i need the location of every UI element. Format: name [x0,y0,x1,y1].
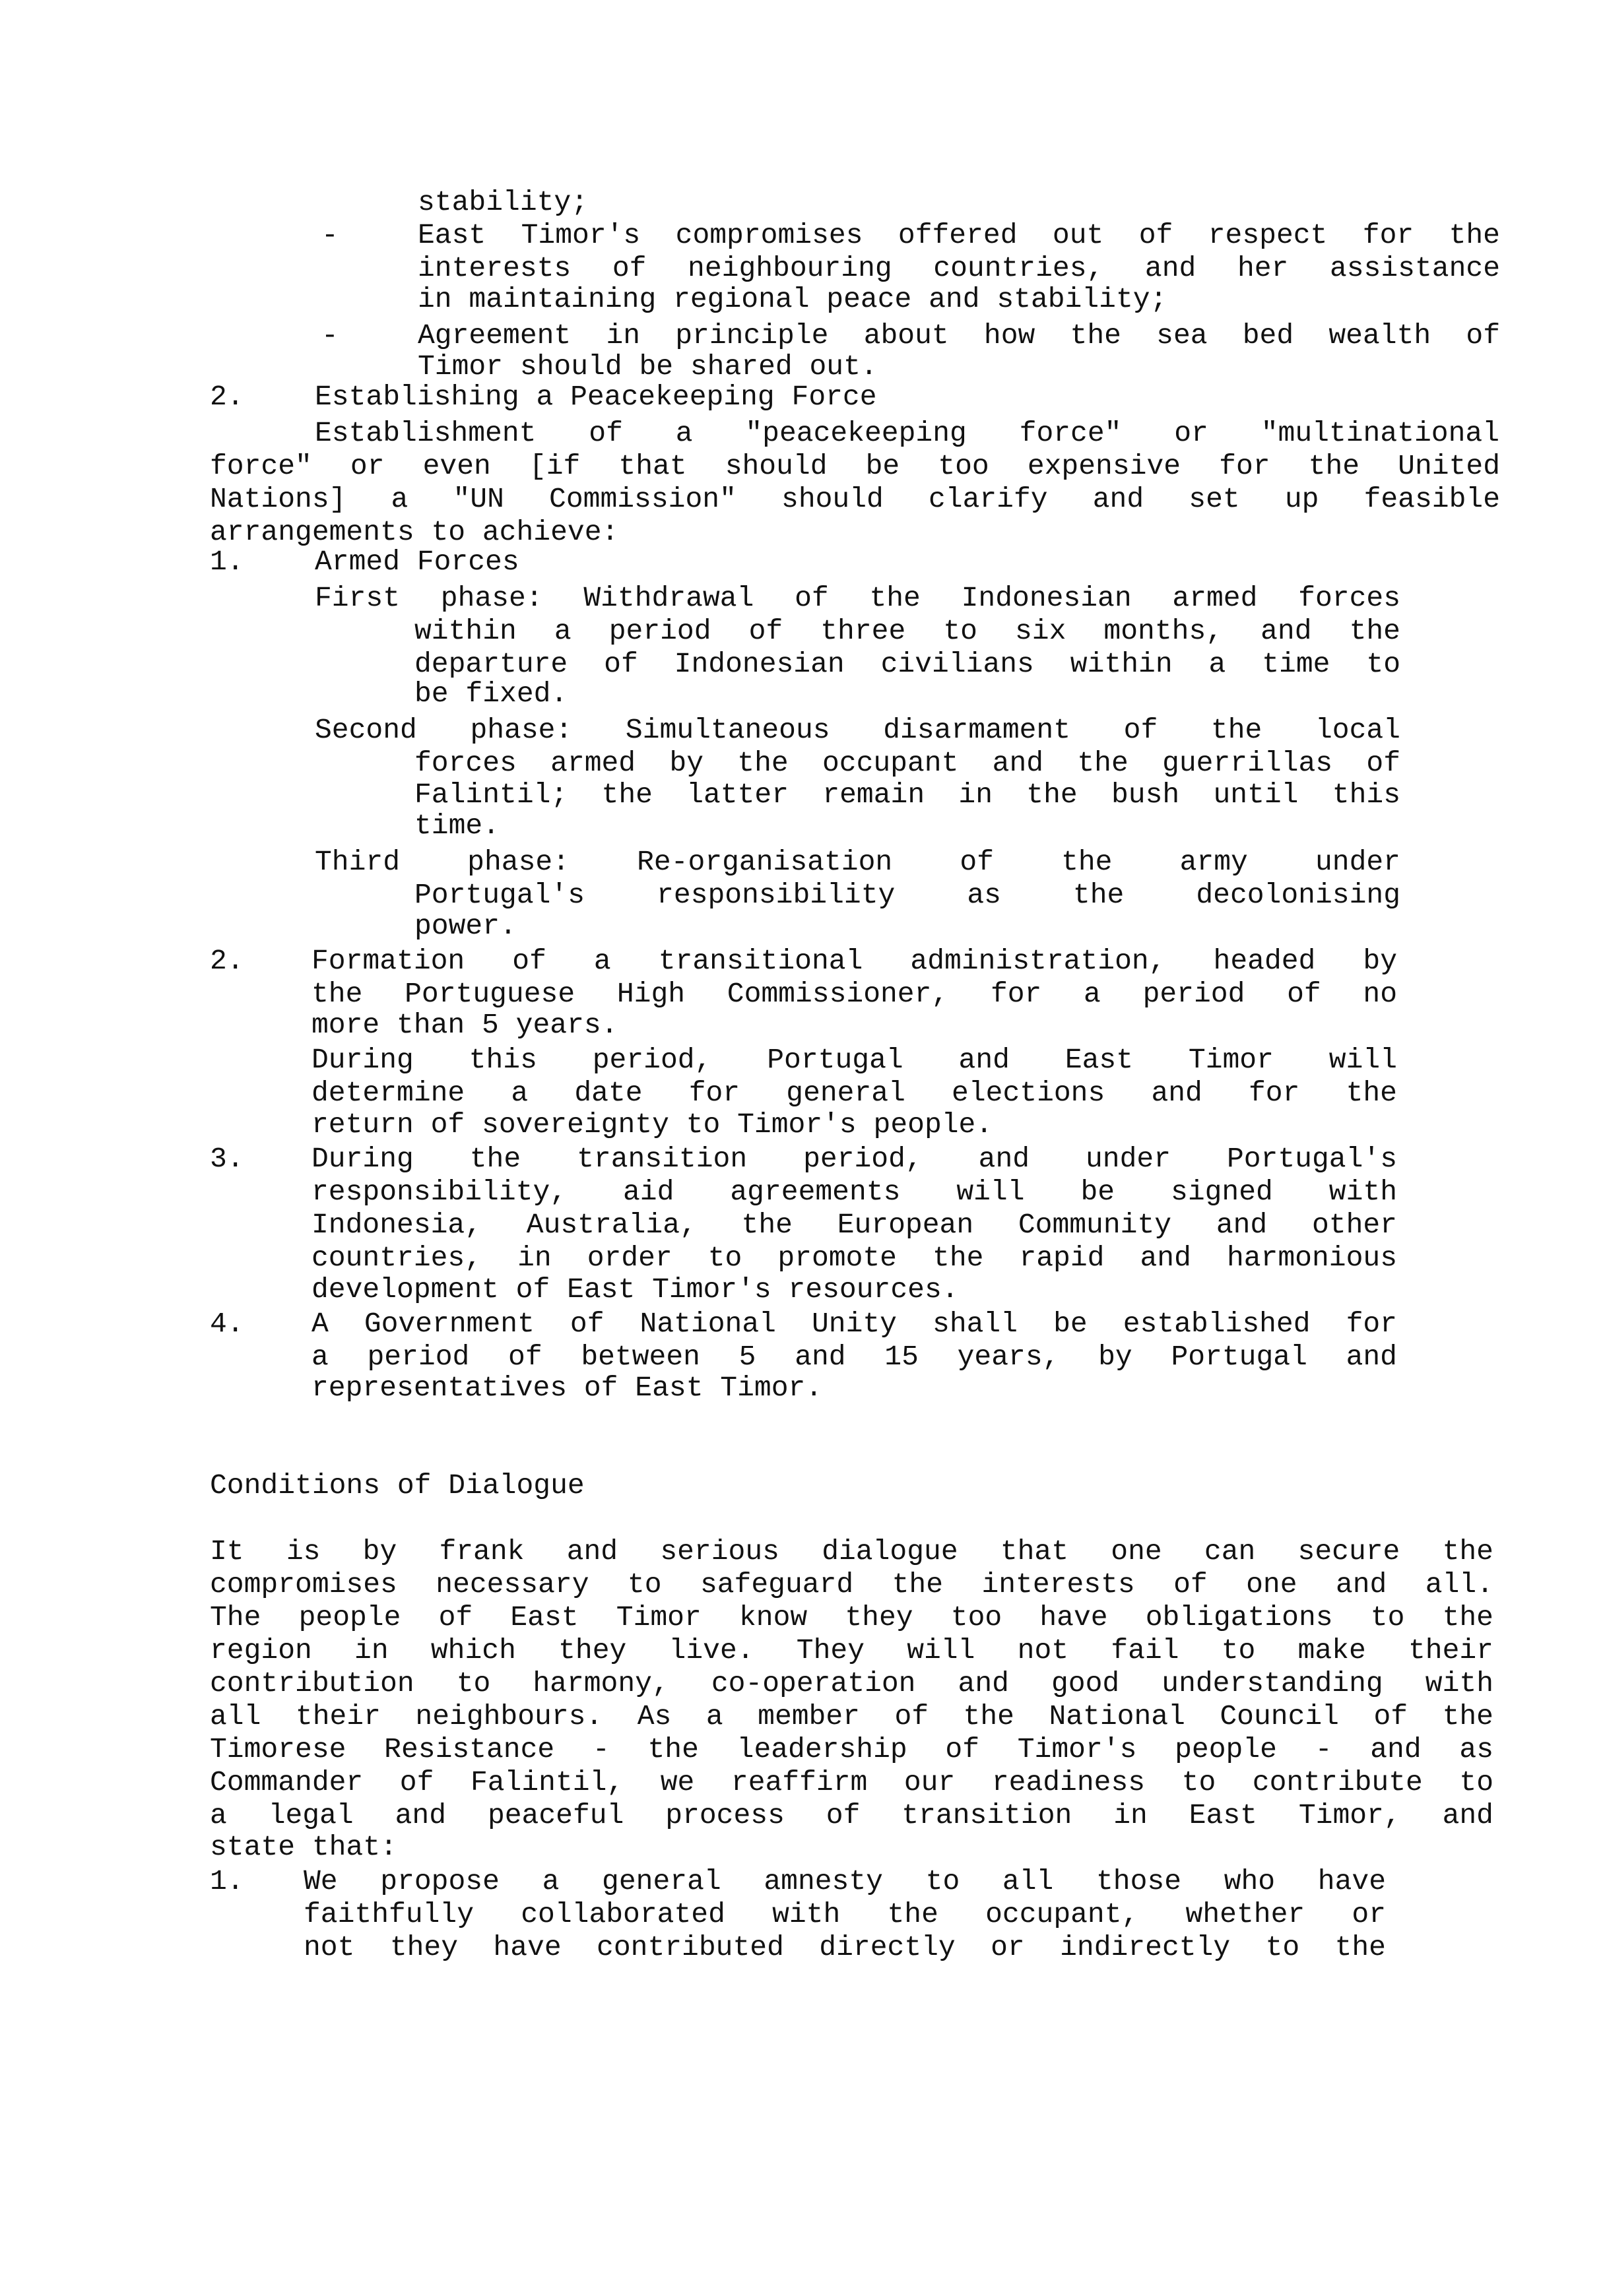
text-line: Establishmentofa"peacekeepingforce"or"mu… [315,419,1499,449]
word: to [1366,650,1400,678]
text-line: Agreementinprincipleabouthowtheseabedwea… [418,321,1500,352]
text-line: EastTimor'scompromisesofferedoutofrespec… [418,221,1500,251]
word: European [837,1211,973,1239]
word: and [567,1537,618,1566]
text-line: nottheyhavecontributeddirectlyorindirect… [304,1933,1386,1963]
word: leadership [737,1735,907,1764]
text-line: alegalandpeacefulprocessoftransitioninEa… [210,1801,1493,1832]
text-line: be fixed. [414,680,568,710]
word: of [1466,321,1500,350]
word: too [938,452,989,480]
word: of [749,617,783,645]
word: decolonising [1196,881,1400,909]
word: the [1335,1933,1386,1961]
word: interests [981,1570,1134,1599]
word: force" [210,452,312,480]
word: Falintil, [471,1768,624,1797]
word: of [589,419,623,447]
text-line: Nations]a"UNCommission"shouldclarifyands… [210,485,1500,515]
word: in [1113,1801,1148,1830]
text-line: regioninwhichtheylive.Theywillnotfailtom… [210,1636,1493,1667]
text-line: Firstphase:WithdrawaloftheIndonesianarme… [315,584,1400,614]
word: and [979,1145,1030,1173]
word: contributed [597,1933,784,1961]
word: and [395,1801,446,1830]
list-number: 1. [210,1867,244,1896]
word: the [647,1735,698,1764]
word: in [606,321,640,350]
word: principle [675,321,828,350]
word: transitional [659,947,863,975]
word: period [368,1343,470,1371]
word: National [1049,1702,1185,1731]
word: their [1408,1636,1493,1665]
word: frank [439,1537,524,1566]
word: the [888,1900,938,1929]
word: live. [669,1636,754,1665]
word: force" [1020,419,1122,447]
word: phase: [470,716,572,744]
word: They [797,1636,865,1665]
word: armed [550,749,636,777]
word: member [758,1702,860,1731]
word: contribute [1253,1768,1423,1797]
word: the [869,584,920,612]
word: about [864,321,949,350]
word: of [1124,716,1158,744]
word: and [1140,1244,1191,1272]
word: contribution [210,1669,414,1698]
text-line: Indonesia,Australia,theEuropeanCommunity… [311,1211,1397,1241]
word: Establishment [315,419,536,447]
word: be [1053,1310,1088,1338]
word: determine [311,1079,465,1107]
word: and [1443,1801,1493,1830]
word: Agreement [418,321,571,350]
word: wealth [1328,321,1431,350]
word: of [512,947,546,975]
word: A [311,1310,329,1338]
word: Indonesian [962,584,1132,612]
word: the [1449,221,1500,249]
word: of [826,1801,861,1830]
word: set [1189,485,1239,513]
word: of [570,1310,605,1338]
word: can [1204,1537,1255,1566]
word: Unity [812,1310,897,1338]
word: Resistance [384,1735,554,1764]
word: and [1261,617,1311,645]
word: a [1209,650,1226,678]
word: collaborated [521,1900,725,1929]
word: who [1224,1867,1275,1896]
word: East [418,221,486,249]
word: not [304,1933,354,1961]
word: to [628,1570,662,1599]
word: Indonesian [674,650,845,678]
word: by [669,749,704,777]
text-line: thePortugueseHighCommissioner,foraperiod… [311,980,1397,1010]
word: the [1211,716,1262,744]
word: or [1174,419,1208,447]
word: readiness [992,1768,1145,1797]
word: as [1459,1735,1493,1764]
word: and [1151,1079,1202,1107]
word: in [354,1636,389,1665]
text-line: Portugal'sresponsibilityasthedecolonisin… [414,881,1400,911]
word: 5 [739,1343,756,1371]
word: Portugal [1171,1343,1307,1371]
word: the [311,980,362,1008]
word: Portugal's [1227,1145,1397,1173]
word: "multinational [1261,419,1499,447]
word: the [1061,848,1112,876]
word: of [400,1768,434,1797]
text-line: forcesarmedbytheoccupantandtheguerrillas… [414,749,1400,779]
text-line: power. [414,912,517,942]
text-line: Armed Forces [315,548,519,578]
word: and [1145,254,1196,282]
word: agreements [730,1178,900,1206]
word: and [1336,1570,1387,1599]
word: not [1018,1636,1068,1665]
text-line: ThepeopleofEastTimorknowtheytoohaveoblig… [210,1603,1493,1634]
word: Commander [210,1768,363,1797]
word: harmonious [1227,1244,1397,1272]
word: serious [660,1537,779,1566]
word: in [517,1244,552,1272]
word: sea [1156,321,1207,350]
word: Formation [311,947,465,975]
word: is [286,1537,321,1566]
word: as [967,881,1001,909]
word: or [991,1933,1025,1961]
text-line: AGovernmentofNationalUnityshallbeestabli… [311,1310,1397,1340]
word: within [414,617,517,645]
text-line: representatives of East Timor. [311,1374,822,1404]
word: those [1096,1867,1181,1896]
word: neighbouring [688,254,892,282]
word: - [593,1735,610,1764]
word: neighbours. [415,1702,603,1731]
text-line: force"oreven[ifthatshouldbetooexpensivef… [210,452,1500,482]
word: and [958,1669,1009,1698]
text-line: contributiontoharmony,co-operationandgoo… [210,1669,1493,1700]
word: administration, [910,947,1165,975]
word: for [991,980,1041,1008]
word: her [1237,254,1288,282]
word: countries, [311,1244,482,1272]
word: a [706,1702,723,1731]
word: of [894,1702,929,1731]
word: Government [364,1310,535,1338]
word: and [1346,1343,1397,1371]
text-line: development of East Timor's resources. [311,1275,959,1306]
word: should [781,485,884,513]
word: all [1002,1867,1053,1896]
word: by [1098,1343,1132,1371]
word: a [311,1343,329,1371]
word: expensive [1028,452,1181,480]
word: It [210,1537,244,1566]
word: High [617,980,685,1008]
word: be [866,452,900,480]
word: respect [1208,221,1328,249]
text-line: Weproposeageneralamnestytoallthosewhohav… [304,1867,1386,1897]
word: of [1287,980,1321,1008]
word: Indonesia, [311,1211,482,1239]
word: the [1443,1603,1493,1632]
word: period [609,617,711,645]
word: and [1216,1211,1267,1239]
word: countries, [933,254,1103,282]
word: this [1332,781,1400,809]
word: to [1182,1768,1216,1797]
word: all [210,1702,261,1731]
text-line: compromisesnecessarytosafeguardtheintere… [210,1570,1493,1601]
word: one [1246,1570,1297,1599]
text-line: time. [414,812,500,842]
word: the [892,1570,943,1599]
word: by [1363,947,1397,975]
word: signed [1171,1178,1273,1206]
word: period [1143,980,1245,1008]
word: United [1398,452,1500,480]
word: the [933,1244,983,1272]
word: for [1219,452,1270,480]
word: local [1315,716,1400,744]
word: one [1111,1537,1162,1566]
word: We [304,1867,338,1896]
word: whether [1186,1900,1305,1929]
word: a [542,1867,560,1896]
word: the [1077,749,1128,777]
word: process [665,1801,785,1830]
word: and [993,749,1043,777]
word: assistance [1330,254,1500,282]
word: shall [933,1310,1018,1338]
text-line: return of sovereignty to Timor's people. [311,1110,993,1141]
list-number: 3. [210,1145,244,1173]
word: for [1363,221,1414,249]
word: departure [414,650,568,678]
word: occupant [822,749,958,777]
word: under [1315,848,1400,876]
text-line: Itisbyfrankandseriousdialoguethatonecans… [210,1537,1493,1568]
word: people [1175,1735,1277,1764]
word: promote [777,1244,897,1272]
word: [if [529,452,580,480]
word: Portugal [767,1046,903,1074]
word: to [1371,1603,1405,1632]
text-line: faithfullycollaboratedwiththeoccupant,wh… [304,1900,1386,1930]
word: a [391,485,409,513]
word: until [1213,781,1298,809]
word: Timor's [1018,1735,1137,1764]
word: the [1350,617,1400,645]
word: East [1189,1801,1257,1830]
word: disarmament [883,716,1070,744]
word: for [1249,1079,1299,1107]
word: the [1026,781,1077,809]
text-line: withinaperiodofthreetosixmonths,andthe [414,617,1400,647]
word: directly [819,1933,955,1961]
word: the [1346,1079,1397,1107]
word: or [350,452,385,480]
word: the [1443,1537,1493,1566]
word: peaceful [488,1801,624,1830]
word: phase: [441,584,543,612]
word: During [311,1046,414,1074]
word: responsibility, [311,1178,567,1206]
word: Commissioner, [727,980,948,1008]
word: Withdrawal [583,584,754,612]
word: offered [898,221,1018,249]
word: even [423,452,491,480]
word: feasible [1364,485,1500,513]
word: the [1073,881,1124,909]
word: general [786,1079,905,1107]
word: armed [1172,584,1257,612]
word: understanding [1162,1669,1383,1698]
word: within [1070,650,1173,678]
word: the [742,1211,793,1239]
word: Simultaneous [626,716,830,744]
word: Portugal's [414,881,585,909]
word: the [1443,1702,1493,1731]
word: or [1352,1900,1386,1929]
word: transition [577,1145,747,1173]
word: for [1346,1310,1397,1338]
word: phase: [467,848,570,876]
word: the [602,781,653,809]
word: Portuguese [405,980,575,1008]
word: and [795,1343,845,1371]
word: months, [1103,617,1223,645]
word: Timorese [210,1735,346,1764]
word: to [926,1867,960,1896]
word: obligations [1146,1603,1333,1632]
word: they [845,1603,913,1632]
word: the [1070,321,1121,350]
word: will [907,1636,975,1665]
text-line: Timor should be shared out. [418,352,878,383]
word: guerrillas [1162,749,1332,777]
text-line: Duringthisperiod,PortugalandEastTimorwil… [311,1046,1397,1076]
word: necessary [436,1570,589,1599]
word: "UN [453,485,504,513]
word: rapid [1019,1244,1104,1272]
word: Timor, [1299,1801,1401,1830]
text-line: Establishing a Peacekeeping Force [315,383,877,413]
word: army [1180,848,1248,876]
text-line: Falintil;thelatterremaininthebushuntilth… [414,781,1400,811]
word: and [1370,1735,1421,1764]
word: all. [1425,1570,1493,1599]
word: National [640,1310,776,1338]
word: elections [952,1079,1105,1107]
word: bush [1111,781,1179,809]
text-line: state that: [210,1833,397,1863]
text-line: more than 5 years. [311,1011,618,1041]
word: of [795,584,829,612]
word: fail [1111,1636,1179,1665]
word: period, [803,1145,923,1173]
word: of [1373,1702,1408,1731]
word: secure [1298,1537,1400,1566]
word: responsibility [657,881,895,909]
text-line: Duringthetransitionperiod,andunderPortug… [311,1145,1397,1175]
word: During [311,1145,414,1173]
word: the [470,1145,521,1173]
word: forces [1298,584,1400,612]
word: co-operation [711,1669,916,1698]
word: this [469,1046,537,1074]
word: to [1459,1768,1493,1797]
word: transition [901,1801,1072,1830]
word: that [1000,1537,1068,1566]
list-number: 2. [210,947,244,975]
word: years, [958,1343,1060,1371]
word: clarify [929,485,1048,513]
word: region [210,1636,312,1665]
section-heading: Conditions of Dialogue [210,1471,585,1502]
word: amnesty [764,1867,883,1896]
text-line: CommanderofFalintil,wereaffirmourreadine… [210,1768,1493,1799]
word: a [594,947,611,975]
word: have [1039,1603,1107,1632]
word: time [1262,650,1330,678]
word: Timor [616,1603,702,1632]
text-line: responsibility,aidagreementswillbesigned… [311,1178,1397,1208]
document-page: stability;-EastTimor'scompromisesoffered… [0,0,1605,2296]
word: Australia, [527,1211,697,1239]
word: Commission" [549,485,737,513]
word: will [1329,1046,1397,1074]
word: up [1285,485,1319,513]
word: - [1315,1735,1332,1764]
word: legal [269,1801,354,1830]
word: safeguard [700,1570,853,1599]
word: other [1312,1211,1397,1239]
text-line: determineadateforgeneralelectionsandfort… [311,1079,1397,1109]
word: established [1123,1310,1311,1338]
word: be [1080,1178,1115,1206]
word: to [1266,1933,1300,1961]
word: their [296,1702,381,1731]
word: by [363,1537,397,1566]
word: have [493,1933,561,1961]
word: in [958,781,993,809]
word: a [1084,980,1101,1008]
list-number: 1. [210,548,244,576]
word: they [390,1933,458,1961]
word: and [959,1046,1010,1074]
word: which [431,1636,516,1665]
word: Timor's [521,221,641,249]
text-line: departureofIndonesiancivilianswithinatim… [414,650,1400,680]
bullet-dash: - [321,321,339,350]
word: Third [315,848,400,876]
word: of [960,848,994,876]
word: headed [1214,947,1316,975]
word: East [1065,1046,1133,1074]
word: "peacekeeping [745,419,966,447]
word: of [1139,221,1173,249]
word: will [956,1178,1024,1206]
word: reaffirm [731,1768,867,1797]
word: harmony, [533,1669,669,1698]
